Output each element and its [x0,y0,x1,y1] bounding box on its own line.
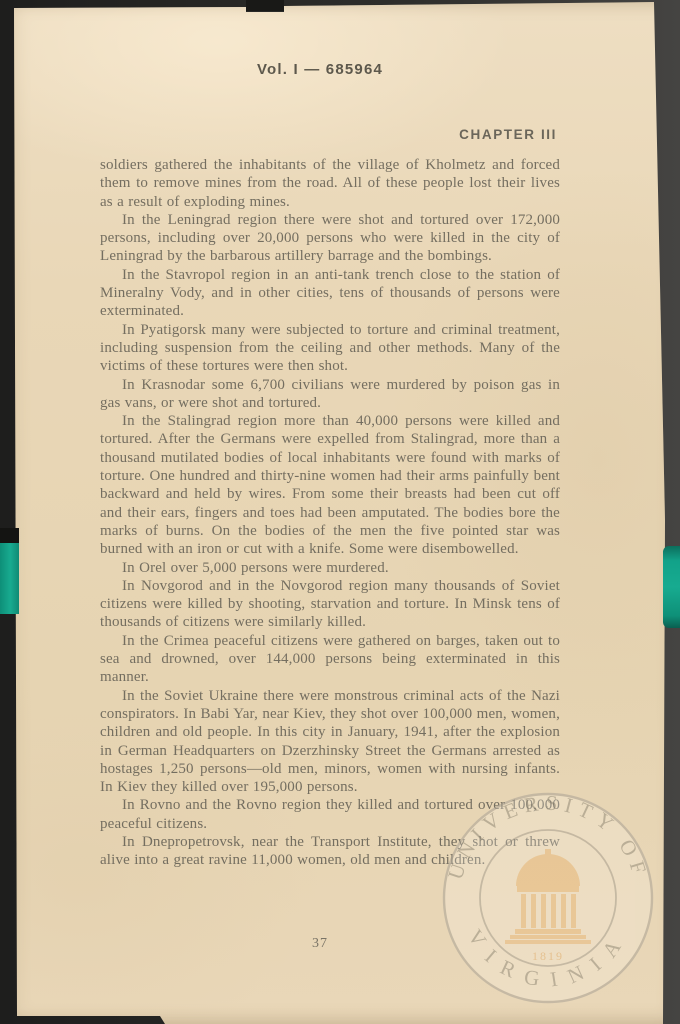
paragraph: In the Stavropol region in an anti-tank … [100,266,560,321]
volume-header: Vol. I — 685964 [100,61,560,78]
paragraph: In Dnepropetrovsk, near the Transport In… [100,833,560,870]
bookmark-tab-left[interactable] [0,543,19,614]
paragraph: In the Crimea peaceful citizens were gat… [100,632,560,687]
page-number: 37 [100,936,540,952]
chapter-heading: CHAPTER III [100,127,557,142]
paragraph: In Rovno and the Rovno region they kille… [100,796,560,833]
bookmark-tab-right[interactable] [663,546,680,628]
left-tab-shadow [0,528,19,543]
paragraph: In the Leningrad region there were shot … [100,211,560,266]
paragraph: In Pyatigorsk many were subjected to tor… [100,321,560,376]
paragraph: In Orel over 5,000 persons were murdered… [100,559,560,577]
paragraph: In the Soviet Ukraine there were monstro… [100,687,560,797]
scanned-page-view: Vol. I — 685964 CHAPTER III soldiers gat… [0,0,680,1024]
paragraph: soldiers gathered the inhabitants of the… [100,156,560,211]
book-page: Vol. I — 685964 CHAPTER III soldiers gat… [0,0,680,1024]
paragraph: In the Stalingrad region more than 40,00… [100,412,560,558]
body-text: soldiers gathered the inhabitants of the… [100,156,560,870]
paragraph: In Krasnodar some 6,700 civilians were m… [100,376,560,413]
paragraph: In Novgorod and in the Novgorod region m… [100,577,560,632]
binding-notch [246,0,284,11]
